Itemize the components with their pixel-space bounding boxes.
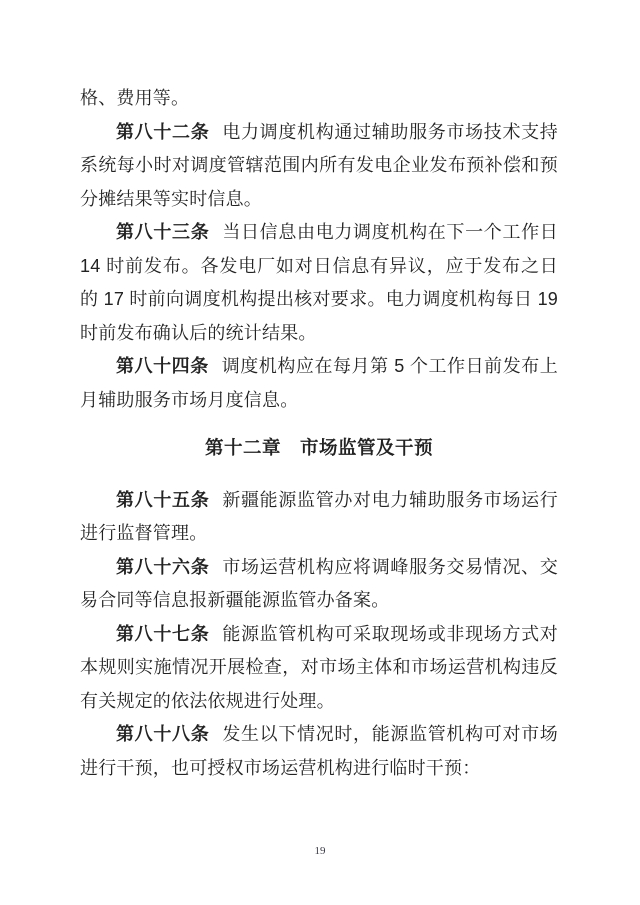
document-content: 格、费用等。第八十二条电力调度机构通过辅助服务市场技术支持系统每小时对调度管辖范…	[80, 82, 558, 785]
paragraph-article-86: 第八十六条市场运营机构应将调峰服务交易情况、交易合同等信息报新疆能源监管办备案。	[80, 551, 558, 618]
paragraph-article-88: 第八十八条发生以下情况时，能源监管机构可对市场进行干预，也可授权市场运营机构进行…	[80, 718, 558, 785]
article-number: 第八十七条	[116, 624, 209, 644]
paragraph-article-82: 第八十二条电力调度机构通过辅助服务市场技术支持系统每小时对调度管辖范围内所有发电…	[80, 116, 558, 217]
article-number: 第八十三条	[116, 222, 209, 242]
article-number: 第八十六条	[116, 557, 209, 577]
article-number: 第八十四条	[116, 356, 209, 376]
paragraph-continuation: 格、费用等。	[80, 82, 558, 116]
chapter-12-heading: 第十二章 市场监管及干预	[80, 431, 558, 465]
article-number: 第八十八条	[116, 724, 209, 744]
document-page: 格、费用等。第八十二条电力调度机构通过辅助服务市场技术支持系统每小时对调度管辖范…	[0, 0, 640, 905]
paragraph-article-85: 第八十五条新疆能源监管办对电力辅助服务市场运行进行监督管理。	[80, 484, 558, 551]
article-number: 第八十二条	[116, 122, 209, 142]
article-number: 第八十五条	[116, 490, 209, 510]
paragraph-article-83: 第八十三条当日信息由电力调度机构在下一个工作日 14 时前发布。各发电厂如对日信…	[80, 216, 558, 350]
paragraph-article-84: 第八十四条调度机构应在每月第 5 个工作日前发布上月辅助服务市场月度信息。	[80, 350, 558, 417]
paragraph-article-87: 第八十七条能源监管机构可采取现场或非现场方式对本规则实施情况开展检查，对市场主体…	[80, 618, 558, 719]
page-number: 19	[0, 845, 640, 857]
